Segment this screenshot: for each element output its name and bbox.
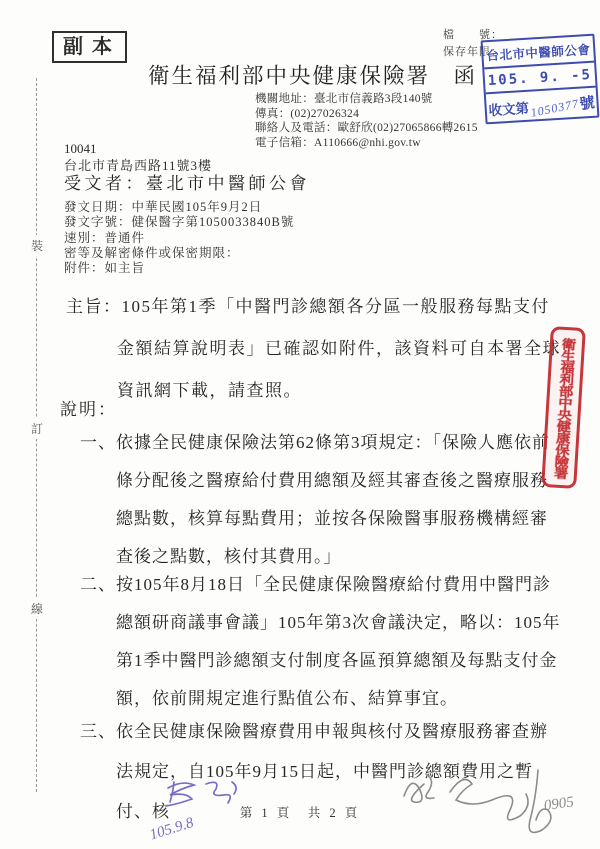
subject-paragraph: 主旨：105年第1季「中醫門診總額各分區一般服務每點支付金額結算說明表」已確認如… [66,286,562,412]
document-meta-block: 發文日期：中華民國105年9月2日 發文字號：健保醫字第1050033840B號… [64,200,294,276]
subject-text: 105年第1季「中醫門診總額各分區一般服務每點支付金額結算說明表」已確認如附件，… [117,297,561,400]
agency-fax: 傳真：(02)27026324 [255,107,478,122]
scanned-official-letter: 副本 檔 號： 保存年限： 台北市中醫師公會 105. 9. -5 收文第 10… [0,0,600,849]
received-stamp-prefix: 收文第 [488,96,530,118]
document-title: 衛生福利部中央健康保險署 函 [140,59,485,90]
received-stamp-suffix: 號 [578,91,596,114]
doc-number-line: 發文字號：健保醫字第1050033840B號 [64,215,294,230]
security-line: 密等及解密條件或保密期限： [64,246,294,261]
issue-date-line: 發文日期：中華民國105年9月2日 [64,200,294,215]
agency-seal-text: 衛生福利部中央健康保險署 [549,337,578,479]
agency-contact-block: 機關地址：臺北市信義路3段140號 傳真：(02)27026324 聯絡人及電話… [255,92,478,150]
agency-email: 電子信箱：A110666@nhi.gov.tw [255,136,478,151]
received-stamp-number-row: 收文第 1050377 號 [486,88,598,123]
signature-scrawl [166,782,236,806]
attachment-line: 附件：如主旨 [64,261,294,276]
agency-address: 機關地址：臺北市信義路3段140號 [255,92,478,107]
agency-contact-person: 聯絡人及電話：歐舒欣(02)27065866轉2615 [255,121,478,136]
binding-mark-zhuang: 裝 [30,235,44,256]
signature-note-text: 0905 [543,794,575,814]
handwritten-signature-left: 105.9.8 [146,776,266,846]
signature-scrawl [404,770,551,832]
explanation-item-1: 一、依據全民健康保險法第62條第3項規定：「保險人應依前條分配後之醫療給付費用總… [80,424,562,576]
binding-mark-xian: 線 [30,598,44,619]
received-stamp-handwritten-number: 1050377 [530,96,581,120]
received-stamp: 台北市中醫師公會 105. 9. -5 收文第 1050377 號 [481,34,600,125]
copy-stamp-box: 副本 [52,31,127,63]
item-number: 一、 [80,433,116,452]
item-number: 二、 [80,575,116,594]
item-text: 按105年8月18日「全民健康保險醫療給付費用中醫門診總額研商議事會議」105年… [116,575,561,708]
signature-date-text: 105.9.8 [148,815,196,844]
explanation-item-2: 二、按105年8月18日「全民健康保險醫療給付費用中醫門診總額研商議事會議」10… [80,566,562,718]
item-number: 三、 [80,722,116,741]
explanation-label: 說明： [60,395,117,420]
handwritten-signature-right: 0905 [396,762,592,846]
priority-line: 速別：普通件 [64,231,294,246]
item-text: 依據全民健康保險法第62條第3項規定：「保險人應依前條分配後之醫療給付費用總額及… [116,433,550,566]
subject-label: 主旨： [66,297,122,316]
recipient-line: 受文者：臺北市中醫師公會 [64,169,310,194]
binding-mark-ding: 訂 [30,418,44,439]
